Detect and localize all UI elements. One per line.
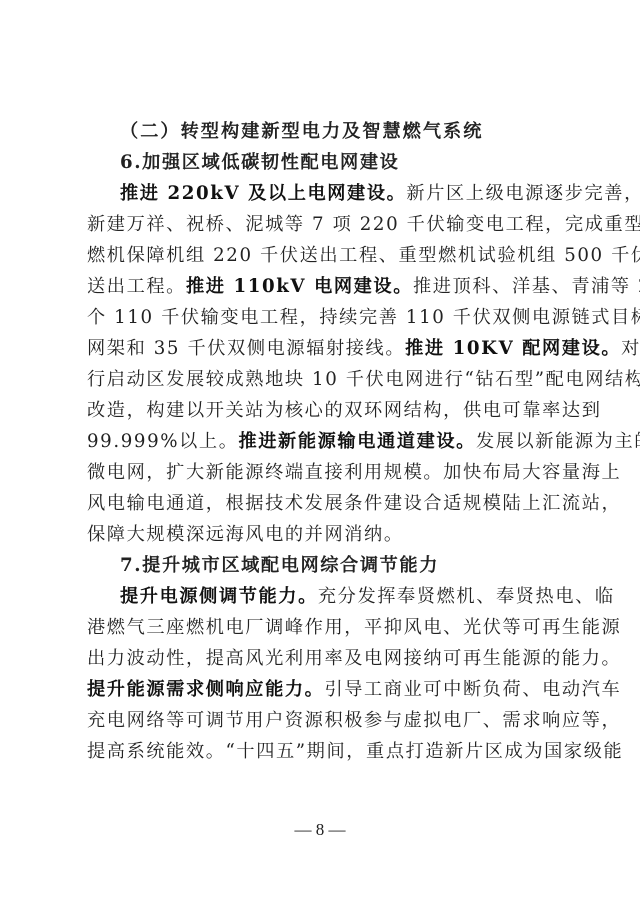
body-text: 引导工商业可中断负荷、电动汽车 (324, 679, 621, 700)
body-text: 99.999%以上。 (87, 431, 238, 452)
subsection-heading-6: 6.加强区域低碳韧性配电网建设 (87, 147, 557, 178)
body-text: 送出工程。 (87, 276, 186, 297)
text-line: 燃机保障机组 220 千伏送出工程、重型燃机试验机组 500 千伏 (87, 240, 557, 271)
body-text: 个 110 千伏输变电工程，持续完善 110 千伏双侧电源链式目标 (87, 307, 640, 328)
body-text: 微电网，扩大新能源终端直接利用规模。加快布局大容量海上 (87, 462, 621, 483)
body-text: 改造，构建以开关站为核心的双环网结构，供电可靠率达到 (87, 400, 601, 421)
body-text: 保障大规模深远海风电的并网消纳。 (87, 524, 404, 545)
text-line: 微电网，扩大新能源终端直接利用规模。加快布局大容量海上 (87, 457, 557, 488)
text-line: 行启动区发展较成熟地块 10 千伏电网进行“钻石型”配电网结构 (87, 364, 557, 395)
page-number: — 8 — (0, 820, 640, 840)
text-line: 保障大规模深远海风电的并网消纳。 (87, 519, 557, 550)
body-text: 新片区上级电源逐步完善， (406, 183, 640, 204)
text-line: 推进 220kV 及以上电网建设。新片区上级电源逐步完善， (87, 178, 557, 209)
text-line: 送出工程。推进 110kV 电网建设。推进顶科、洋基、青浦等 23 (87, 271, 557, 302)
body-text: 提高系统能效。“十四五”期间，重点打造新片区成为国家级能 (87, 741, 623, 762)
body-text: 充分发挥奉贤燃机、奉贤热电、临 (318, 586, 615, 607)
body-text: 港燃气三座燃机电厂调峰作用，平抑风电、光伏等可再生能源 (87, 617, 621, 638)
text-line: 充电网络等可调节用户资源积极参与虚拟电厂、需求响应等， (87, 705, 557, 736)
bold-lead-phrase: 提升能源需求侧响应能力。 (87, 679, 324, 700)
body-text: 对先 (621, 338, 640, 359)
body-text: 新建万祥、祝桥、泥城等 7 项 220 千伏输变电工程，完成重型 (87, 214, 640, 235)
text-line: 提高系统能效。“十四五”期间，重点打造新片区成为国家级能 (87, 736, 557, 767)
body-text: 行启动区发展较成熟地块 10 千伏电网进行“钻石型”配电网结构 (87, 369, 640, 390)
section-heading: （二）转型构建新型电力及智慧燃气系统 (87, 116, 557, 147)
text-line: 99.999%以上。推进新能源输电通道建设。发展以新能源为主的 (87, 426, 557, 457)
text-line: 个 110 千伏输变电工程，持续完善 110 千伏双侧电源链式目标 (87, 302, 557, 333)
bold-lead-phrase: 推进 110kV 电网建设。 (186, 276, 413, 297)
text-line: 出力波动性，提高风光利用率及电网接纳可再生能源的能力。 (87, 643, 557, 674)
bold-lead-phrase: 推进新能源输电通道建设。 (238, 431, 475, 452)
document-page: （二）转型构建新型电力及智慧燃气系统 6.加强区域低碳韧性配电网建设 推进 22… (87, 116, 557, 767)
paragraph-block-7: 提升电源侧调节能力。充分发挥奉贤燃机、奉贤热电、临港燃气三座燃机电厂调峰作用，平… (87, 581, 557, 767)
body-text: 风电输电通道，根据技术发展条件建设合适规模陆上汇流站， (87, 493, 621, 514)
bold-lead-phrase: 推进 10KV 配网建设。 (405, 338, 621, 359)
body-text: 发展以新能源为主的 (476, 431, 640, 452)
body-text: 推进顶科、洋基、青浦等 23 (413, 276, 640, 297)
text-line: 港燃气三座燃机电厂调峰作用，平抑风电、光伏等可再生能源 (87, 612, 557, 643)
bold-lead-phrase: 推进 220kV 及以上电网建设。 (120, 183, 406, 204)
text-line: 风电输电通道，根据技术发展条件建设合适规模陆上汇流站， (87, 488, 557, 519)
subsection-heading-7: 7.提升城市区域配电网综合调节能力 (87, 550, 557, 581)
text-line: 提升电源侧调节能力。充分发挥奉贤燃机、奉贤热电、临 (87, 581, 557, 612)
text-line: 网架和 35 千伏双侧电源辐射接线。推进 10KV 配网建设。对先 (87, 333, 557, 364)
paragraph-block-6: 推进 220kV 及以上电网建设。新片区上级电源逐步完善，新建万祥、祝桥、泥城等… (87, 178, 557, 550)
text-line: 改造，构建以开关站为核心的双环网结构，供电可靠率达到 (87, 395, 557, 426)
text-line: 新建万祥、祝桥、泥城等 7 项 220 千伏输变电工程，完成重型 (87, 209, 557, 240)
body-text: 充电网络等可调节用户资源积极参与虚拟电厂、需求响应等， (87, 710, 621, 731)
body-text: 出力波动性，提高风光利用率及电网接纳可再生能源的能力。 (87, 648, 621, 669)
body-text: 网架和 35 千伏双侧电源辐射接线。 (87, 338, 405, 359)
body-text: 燃机保障机组 220 千伏送出工程、重型燃机试验机组 500 千伏 (87, 245, 640, 266)
text-line: 提升能源需求侧响应能力。引导工商业可中断负荷、电动汽车 (87, 674, 557, 705)
bold-lead-phrase: 提升电源侧调节能力。 (120, 586, 318, 607)
